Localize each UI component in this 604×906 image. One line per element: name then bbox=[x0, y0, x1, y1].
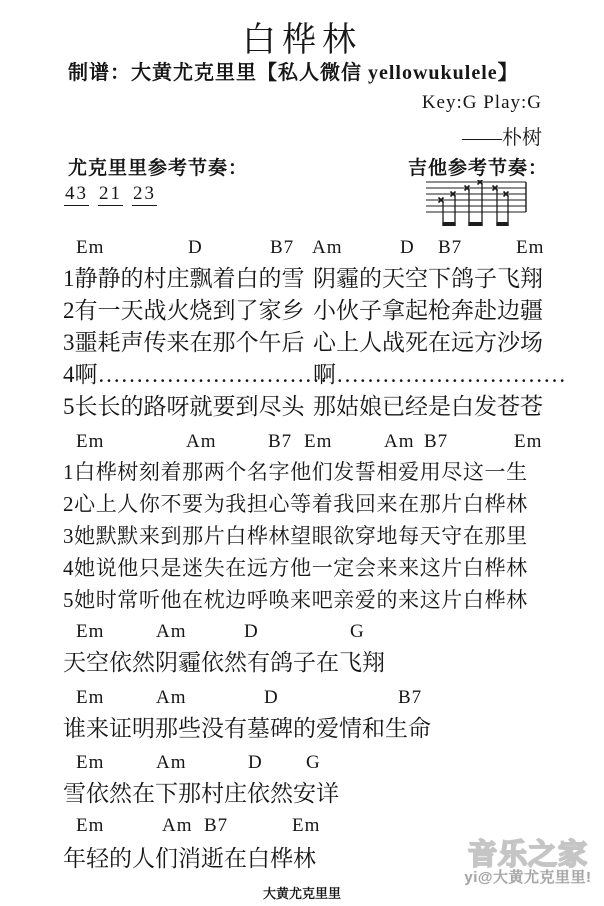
lyric-line: 谁来证明那些没有墓碑的爱情和生命 bbox=[0, 710, 604, 740]
watermark-logo-text: 音乐之家 bbox=[452, 840, 604, 870]
chord-symbol: B7 bbox=[424, 431, 448, 453]
lyric-text: 3噩耗声传来在那个午后 bbox=[63, 324, 305, 357]
strum-cross-noteheads bbox=[439, 180, 509, 203]
lyric-text: 1白桦树刻着那两个名字他们发誓相爱用尽这一生 bbox=[63, 456, 528, 486]
note-stems bbox=[443, 184, 508, 226]
lyric-line: 3她默默来到那片白桦林望眼欲穿地每天守在那里 bbox=[0, 520, 604, 550]
lyric-text: 5长长的路呀就要到尽头 bbox=[63, 388, 305, 421]
chord-symbol: Em bbox=[516, 237, 544, 259]
lyric-line: 1白桦树刻着那两个名字他们发誓相爱用尽这一生 bbox=[0, 456, 604, 486]
chord-symbol: G bbox=[350, 621, 365, 643]
guitar-rhythm-label: 吉他参考节奏： bbox=[408, 153, 548, 180]
lyric-line: 4她说他只是迷失在远方他一定会来来这片白桦林 bbox=[0, 552, 604, 582]
lyric-line: 天空依然阴霾依然有鸽子在飞翔 bbox=[0, 644, 604, 674]
guitar-strum-notation bbox=[426, 180, 530, 232]
lyric-text: 那姑娘已经是白发苍苍 bbox=[313, 388, 543, 421]
lyric-text: 3她默默来到那片白桦林望眼欲穿地每天守在那里 bbox=[63, 520, 528, 550]
chord-symbol: Em bbox=[76, 621, 104, 643]
chord-symbol: Am bbox=[156, 752, 187, 774]
lyric-line: 雪依然在下那村庄依然安详 bbox=[0, 775, 604, 805]
chord-symbol: B7 bbox=[268, 431, 292, 453]
lyric-text: 天空依然阴霾依然有鸽子在飞翔 bbox=[63, 644, 385, 677]
chord-symbol: D bbox=[248, 752, 263, 774]
chord-symbol: B7 bbox=[438, 237, 462, 259]
lyric-text: 5她时常听他在枕边呼唤来吧亲爱的来这片白桦林 bbox=[63, 584, 528, 614]
rhythm-number-group: 23 bbox=[132, 183, 157, 206]
chord-symbol: B7 bbox=[204, 815, 228, 837]
lyric-text: 1静静的村庄飘着白的雪 bbox=[63, 260, 305, 293]
lyric-text: 谁来证明那些没有墓碑的爱情和生命 bbox=[63, 710, 431, 743]
lyric-text: 2有一天战火烧到了家乡 bbox=[63, 292, 305, 325]
lyric-text: 小伙子拿起枪奔赴边疆 bbox=[313, 292, 543, 325]
chord-symbol: Am bbox=[162, 815, 193, 837]
lyric-text: 4她说他只是迷失在远方他一定会来来这片白桦林 bbox=[63, 552, 528, 582]
chord-symbol: D bbox=[244, 621, 259, 643]
artist-name: ——朴树 bbox=[462, 121, 542, 150]
lyric-text: 2心上人你不要为我担心等着我回来在那片白桦林 bbox=[63, 488, 528, 518]
chord-symbol: Em bbox=[76, 431, 104, 453]
chord-symbol: Em bbox=[76, 752, 104, 774]
lyric-text: 雪依然在下那村庄依然安详 bbox=[63, 775, 339, 808]
chord-symbol: D bbox=[188, 237, 203, 259]
lyric-text: 心上人战死在远方沙场 bbox=[313, 324, 543, 357]
lyric-line: 1静静的村庄飘着白的雪阴霾的天空下鸽子飞翔 bbox=[0, 260, 604, 290]
chord-symbol: Am bbox=[156, 621, 187, 643]
chord-symbol: Em bbox=[514, 431, 542, 453]
watermark: 音乐之家 yi@大黄尤克里里! bbox=[452, 840, 604, 886]
chord-symbol: Em bbox=[304, 431, 332, 453]
chord-symbol: D bbox=[400, 237, 415, 259]
rhythm-number-group: 43 bbox=[64, 183, 89, 206]
note-beams bbox=[442, 222, 508, 226]
lyric-line: 5长长的路呀就要到尽头那姑娘已经是白发苍苍 bbox=[0, 388, 604, 418]
chord-symbol: B7 bbox=[270, 237, 294, 259]
chord-symbol: Am bbox=[186, 431, 217, 453]
chord-symbol: Em bbox=[76, 815, 104, 837]
chord-sheet-page: 白桦林 制谱：大黄尤克里里【私人微信 yellowukulele】 Key:G … bbox=[0, 0, 604, 906]
chord-symbol: G bbox=[306, 752, 321, 774]
lyric-line: 3噩耗声传来在那个午后心上人战死在远方沙场 bbox=[0, 324, 604, 354]
watermark-subtext: yi@大黄尤克里里! bbox=[452, 870, 604, 886]
lyric-text: 4啊………………………… bbox=[63, 356, 328, 389]
ukulele-rhythm-label: 尤克里里参考节奏： bbox=[68, 153, 248, 180]
chord-symbol: B7 bbox=[398, 687, 422, 709]
chord-symbol: Em bbox=[292, 815, 320, 837]
ukulele-rhythm-numbers: 432123 bbox=[64, 183, 166, 205]
chord-symbol: Em bbox=[76, 237, 104, 259]
credit-line: 制谱：大黄尤克里里【私人微信 yellowukulele】 bbox=[68, 56, 519, 85]
lyric-line: 5她时常听他在枕边呼唤来吧亲爱的来这片白桦林 bbox=[0, 584, 604, 614]
lyric-line: 2有一天战火烧到了家乡小伙子拿起枪奔赴边疆 bbox=[0, 292, 604, 322]
rhythm-number-group: 21 bbox=[98, 183, 123, 206]
key-play-info: Key:G Play:G bbox=[422, 92, 542, 114]
chord-symbol: D bbox=[264, 687, 279, 709]
chord-symbol: Am bbox=[312, 237, 343, 259]
lyric-text: 啊………………………… bbox=[313, 356, 566, 389]
chord-symbol: Em bbox=[76, 687, 104, 709]
chord-symbol: Am bbox=[156, 687, 187, 709]
lyric-text: 年轻的人们消逝在白桦林 bbox=[63, 840, 316, 873]
lyric-line: 4啊…………………………啊………………………… bbox=[0, 356, 604, 386]
lyric-line: 2心上人你不要为我担心等着我回来在那片白桦林 bbox=[0, 488, 604, 518]
lyric-text: 阴霾的天空下鸽子飞翔 bbox=[313, 260, 543, 293]
page-title: 白桦林 bbox=[0, 12, 604, 61]
chord-symbol: Am bbox=[384, 431, 415, 453]
tab-staff-lines bbox=[426, 182, 526, 212]
